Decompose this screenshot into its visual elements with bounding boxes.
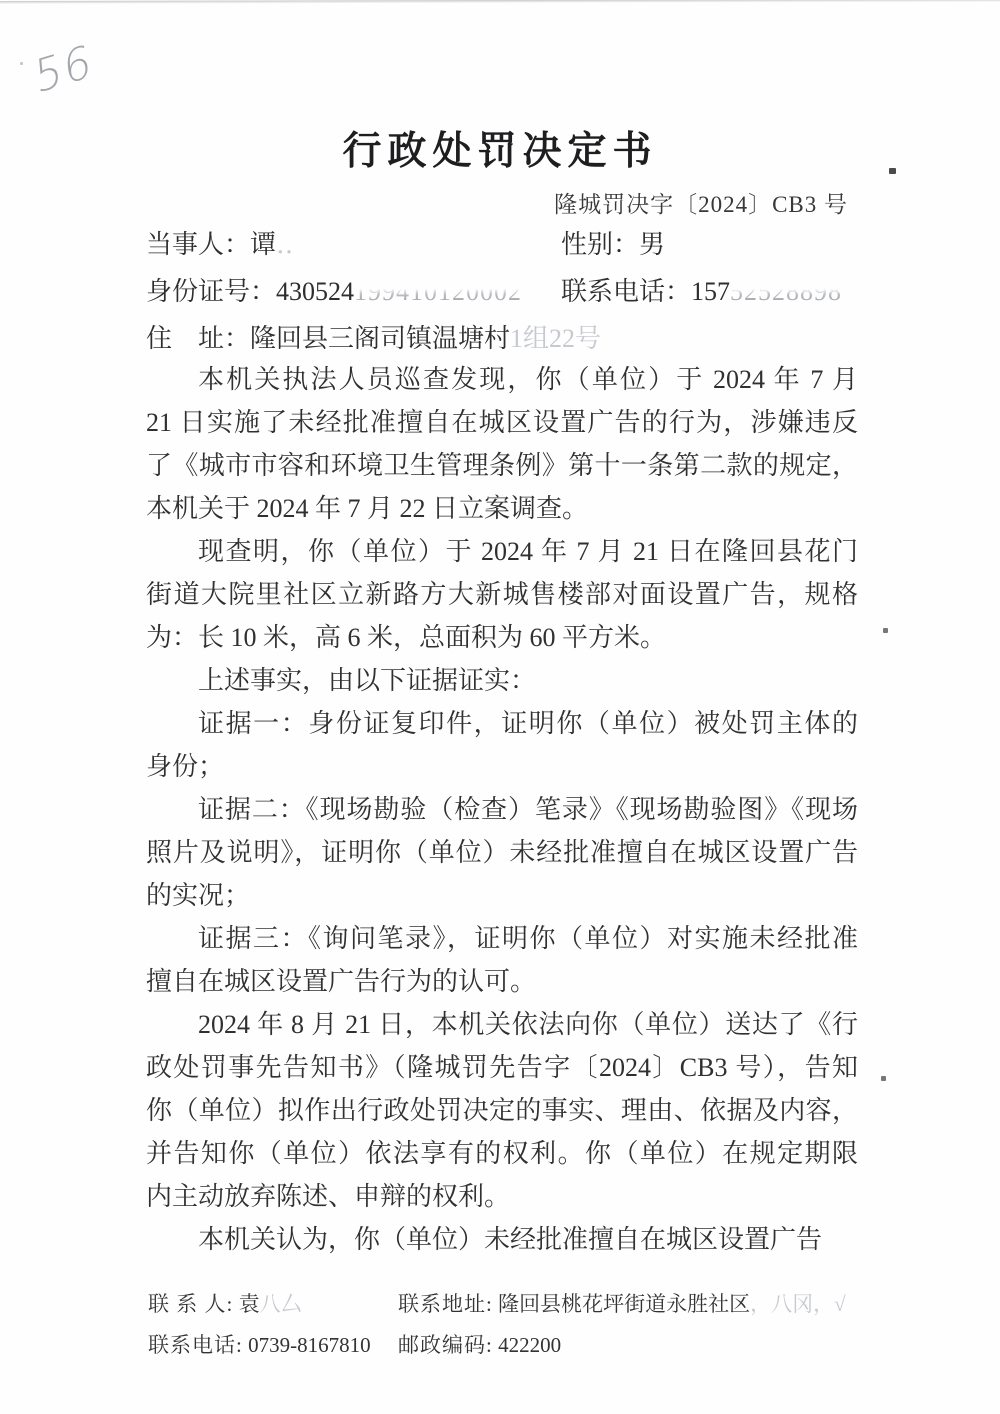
contact-address-value: 隆回县桃花坪街道永胜社区 [498, 1292, 750, 1316]
id-value: 430524 [276, 277, 354, 306]
body-line: 政处罚事先告知书》（隆城罚先告字〔2024〕CB3 号），告知 [146, 1046, 858, 1089]
body-line: 身份； [146, 745, 858, 788]
contact-address-redacted: ，八冈，√ [750, 1292, 846, 1316]
document-reference-number: 隆城罚决字〔2024〕CB3 号 [554, 186, 848, 219]
body-line: 本机关执法人员巡查发现，你（单位）于 2024 年 7 月 [146, 358, 858, 401]
contact-person-value: 袁 [239, 1292, 260, 1316]
body-line: 证据三：《询问笔录》，证明你（单位）对实施未经批准 [146, 917, 858, 960]
contact-person-redacted: 八厶 [260, 1292, 302, 1316]
body-line: 照片及说明》，证明你（单位）未经批准擅自在城区设置广告 [146, 831, 858, 874]
body-line: 为：长 10 米，高 6 米，总面积为 60 平方米。 [146, 616, 858, 659]
contact-phone-label: 联系电话: [148, 1333, 243, 1357]
gender-value: 男 [639, 230, 665, 259]
party-redacted: ‥ [276, 230, 293, 259]
body-line: 上述事实，由以下证据证实： [146, 659, 858, 702]
handwritten-page-number: 56 [33, 35, 95, 104]
address-value: 隆回县三阁司镇温塘村 [250, 324, 510, 353]
phone-value: 157 [691, 277, 730, 306]
body-line: 内主动放弃陈述、申辩的权利。 [146, 1175, 858, 1218]
body-line: 现查明，你（单位）于 2024 年 7 月 21 日在隆回县花门 [146, 530, 858, 573]
gender-label: 性别： [561, 230, 639, 259]
postal-code-label: 邮政编码: [398, 1333, 493, 1357]
body-line: 了《城市市容和环境卫生管理条例》第十一条第二款的规定， [146, 444, 858, 487]
id-label: 身份证号： [146, 277, 276, 306]
party-info-row: 当事人：谭‥ 性别：男 [146, 224, 858, 271]
scan-noise-dot [889, 168, 896, 174]
scan-noise-dot [883, 628, 888, 633]
scanned-document-page: 56 行政处罚决定书 隆城罚决字〔2024〕CB3 号 当事人：谭‥ 性别：男 … [0, 0, 1000, 1414]
scan-noise-dot [20, 62, 23, 65]
body-line: 的实况； [146, 874, 858, 917]
body-line: 证据一：身份证复印件，证明你（单位）被处罚主体的 [146, 702, 858, 745]
id-redacted: 199410120002 [354, 277, 522, 306]
address-redacted: 1组22号 [510, 324, 601, 353]
postal-code-field: 邮政编码: 422200 [398, 1329, 561, 1359]
document-body: 本机关执法人员巡查发现，你（单位）于 2024 年 7 月21 日实施了未经批准… [146, 358, 858, 1261]
id-info-row: 身份证号：430524199410120002 联系电话：15752528898 [146, 271, 858, 318]
phone-label: 联系电话： [561, 277, 691, 306]
contact-address-field: 联系地址: 隆回县桃花坪街道永胜社区，八冈，√ [398, 1288, 846, 1318]
body-line: 本机关于 2024 年 7 月 22 日立案调查。 [146, 487, 858, 530]
phone-redacted: 52528898 [730, 277, 842, 306]
address-label: 住 址： [146, 324, 250, 353]
footer-row-2: 联系电话: 0739-8167810 邮政编码: 422200 [148, 1329, 888, 1370]
contact-phone-value: 0739-8167810 [248, 1333, 371, 1357]
body-line: 并告知你（单位）依法享有的权利。你（单位）在规定期限 [146, 1132, 858, 1175]
body-line: 擅自在城区设置广告行为的认可。 [146, 960, 858, 1003]
gender-field: 性别：男 [561, 224, 665, 261]
body-line: 你（单位）拟作出行政处罚决定的事实、理由、依据及内容， [146, 1089, 858, 1132]
scan-edge-artifact [0, 0, 1000, 4]
contact-address-label: 联系地址: [398, 1292, 493, 1316]
body-line: 21 日实施了未经批准擅自在城区设置广告的行为，涉嫌违反 [146, 401, 858, 444]
postal-code-value: 422200 [498, 1333, 561, 1357]
party-info-section: 当事人：谭‥ 性别：男 身份证号：430524199410120002 联系电话… [146, 224, 858, 365]
body-line: 2024 年 8 月 21 日，本机关依法向你（单位）送达了《行 [146, 1003, 858, 1046]
body-line: 本机关认为，你（单位）未经批准擅自在城区设置广告 [146, 1218, 858, 1261]
phone-field: 联系电话：15752528898 [561, 271, 842, 308]
contact-footer: 联 系 人: 袁八厶 联系地址: 隆回县桃花坪街道永胜社区，八冈，√ 联系电话:… [148, 1288, 888, 1370]
body-line: 证据二：《现场勘验（检查）笔录》《现场勘验图》《现场 [146, 788, 858, 831]
document-title: 行政处罚决定书 [0, 120, 1000, 176]
party-value: 谭 [250, 230, 276, 259]
scan-noise-dot [881, 1076, 886, 1081]
body-line: 街道大院里社区立新路方大新城售楼部对面设置广告，规格 [146, 573, 858, 616]
party-label: 当事人： [146, 230, 250, 259]
contact-person-label: 联 系 人: [148, 1292, 233, 1316]
footer-row-1: 联 系 人: 袁八厶 联系地址: 隆回县桃花坪街道永胜社区，八冈，√ [148, 1288, 888, 1329]
